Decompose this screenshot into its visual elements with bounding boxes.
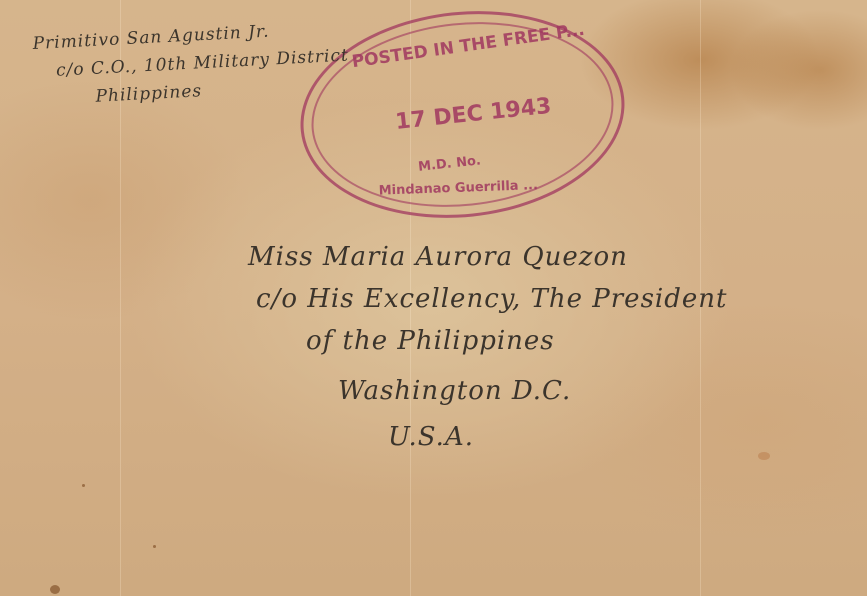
- envelope-photo: POSTED IN THE FREE P... 17 DEC 1943 M.D.…: [0, 0, 867, 596]
- recipient-address: Miss Maria Aurora Quezon c/o His Excelle…: [248, 232, 727, 462]
- stain-spot: [758, 452, 770, 460]
- stain-spot: [50, 585, 60, 594]
- stain-spot: [82, 484, 85, 487]
- sender-address: Primitivo San Agustin Jr. c/o C.O., 10th…: [32, 14, 351, 114]
- stain-spot: [153, 545, 156, 548]
- recipient-country: U.S.A.: [248, 412, 727, 462]
- recipient-city: Washington D.C.: [248, 366, 727, 416]
